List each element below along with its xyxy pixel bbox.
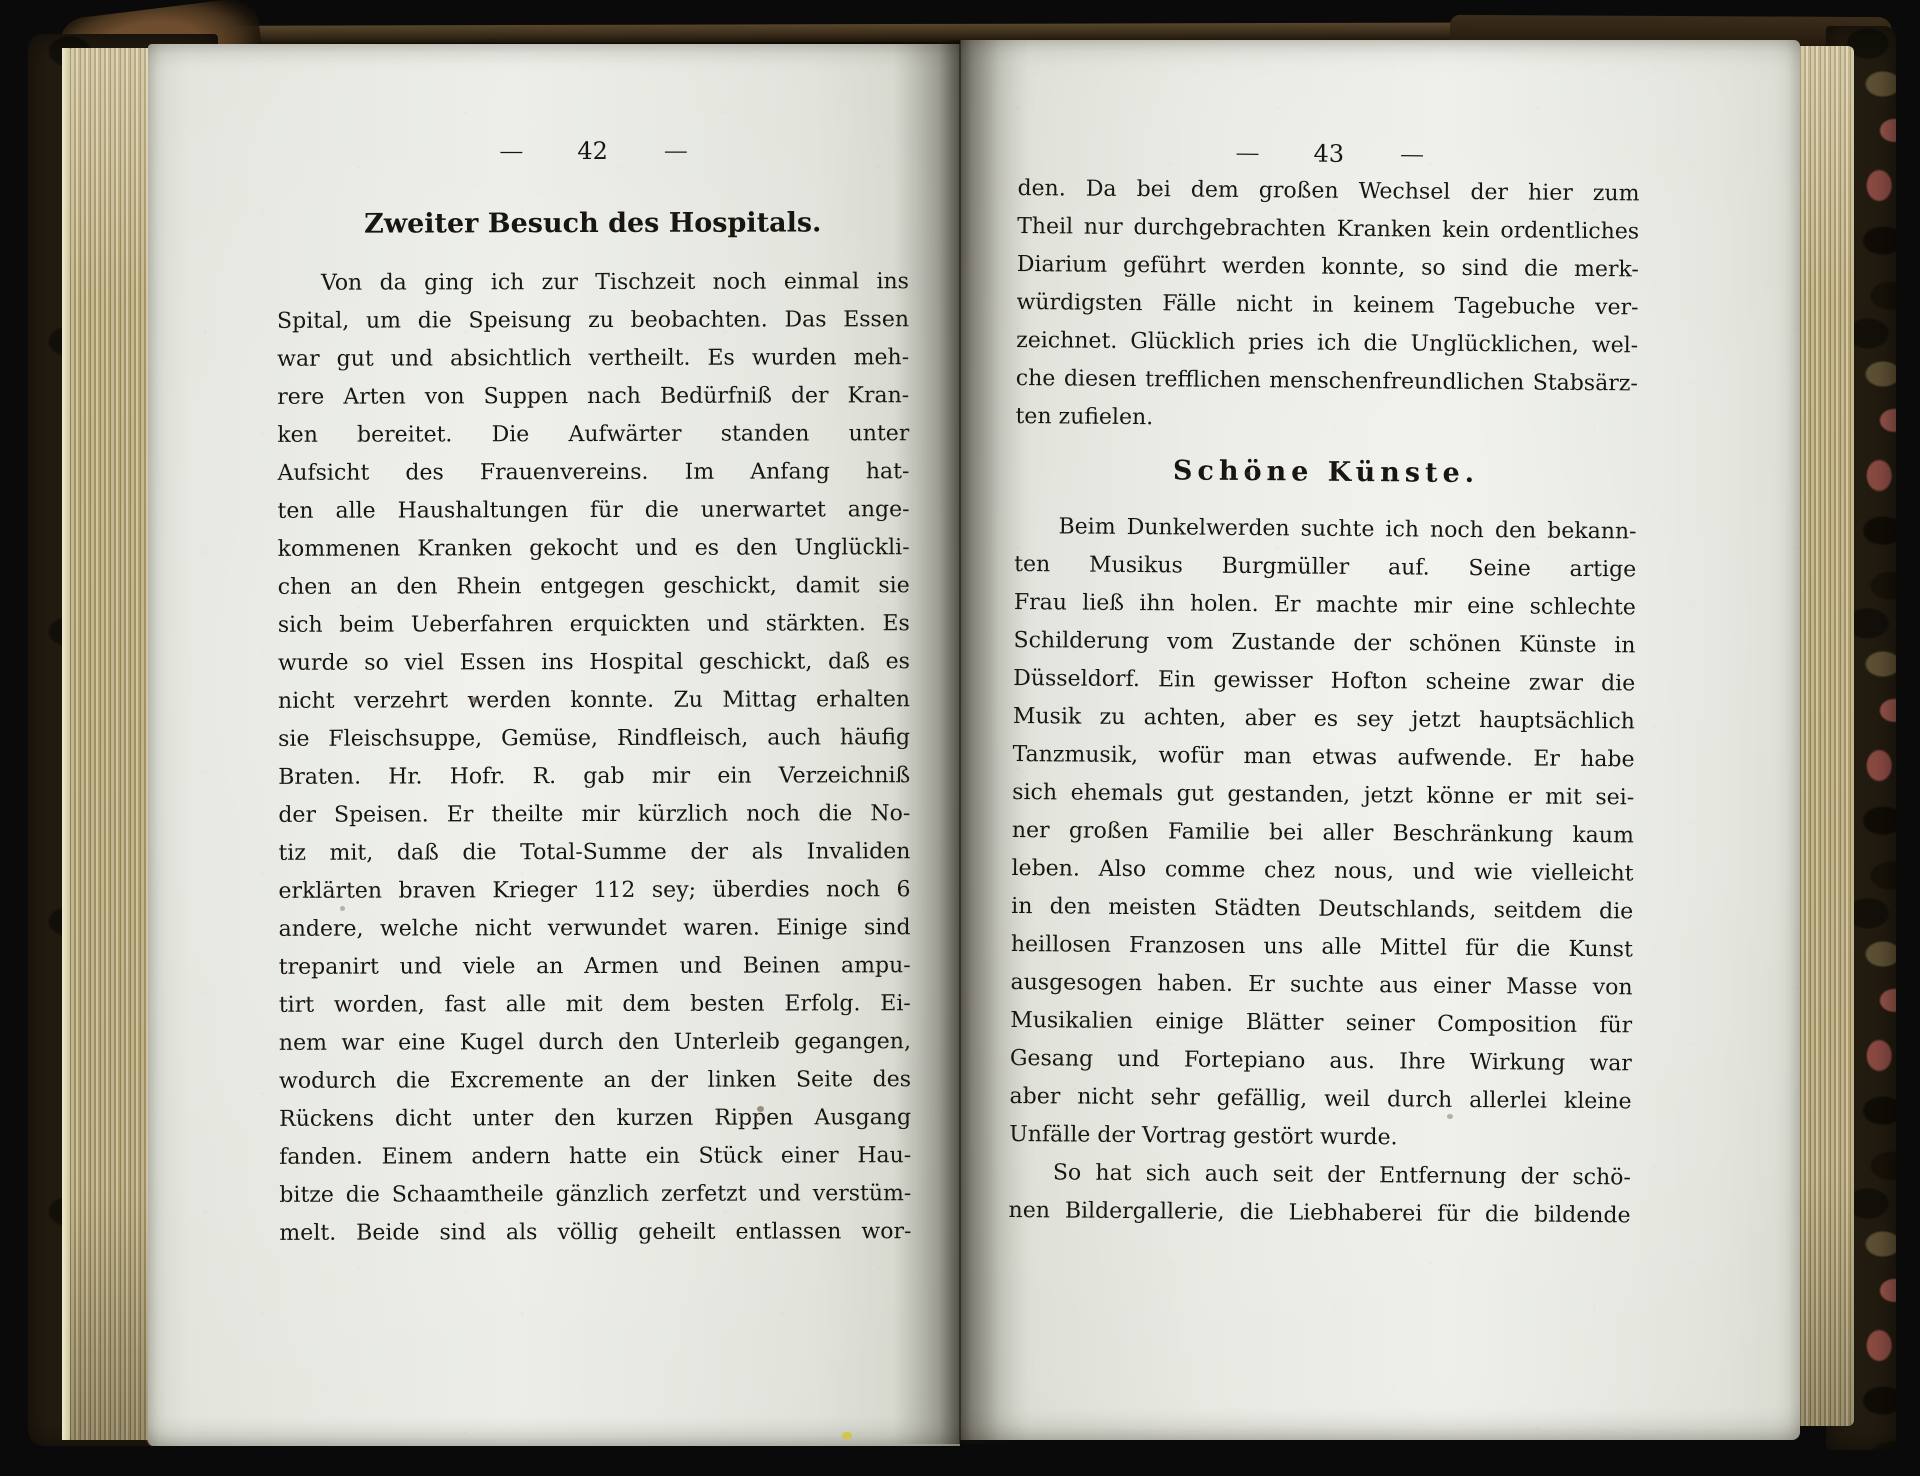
text-line: Musikalien einige Blätter seiner Composi… — [1010, 1002, 1632, 1045]
text-line: Gesang und Fortepiano aus. Ihre Wirkung … — [1010, 1040, 1632, 1083]
page-43-text: — 43 — den. Da bei dem großen Wechsel de… — [1008, 132, 1640, 1235]
text-line: ausgesogen haben. Er suchte aus einer Ma… — [1010, 964, 1632, 1007]
page-43-body: den. Da bei dem großen Wechsel der hier … — [1008, 170, 1639, 1235]
text-line: ken bereitet. Die Aufwärter standen unte… — [277, 415, 909, 455]
page-stack-fore-edge-left — [66, 48, 154, 1440]
text-line: che diesen trefflichen menschenfreundlic… — [1016, 360, 1638, 403]
text-line: würdigsten Fälle nicht in keinem Tagebuc… — [1016, 284, 1638, 327]
header-dash-left: — — [1235, 142, 1257, 165]
page-43-header: — 43 — — [1018, 132, 1640, 175]
text-line: Schilderung vom Zustande der schönen Kün… — [1013, 622, 1635, 665]
text-line: ner großen Familie bei aller Beschränkun… — [1012, 812, 1634, 855]
text-line: rere Arten von Suppen nach Bedürfniß der… — [277, 377, 909, 417]
text-line: wurde so viel Essen ins Hospital geschic… — [278, 643, 910, 683]
text-line: ten alle Haushaltungen für die unerwarte… — [277, 491, 909, 531]
text-line: leben. Also comme chez nous, und wie vie… — [1011, 850, 1633, 893]
text-line: nicht verzehrt werden konnte. Zu Mittag … — [278, 681, 910, 721]
text-line: tiz mit, daß die Total-Summe der als Inv… — [278, 833, 910, 873]
text-line: der Speisen. Er theilte mir kürzlich noc… — [278, 795, 910, 835]
text-line: melt. Beide sind als völlig geheilt entl… — [279, 1213, 911, 1253]
text-line: erklärten braven Krieger 112 sey; überdi… — [278, 871, 910, 911]
text-line: Unfälle der Vortrag gestört wurde. — [1009, 1116, 1631, 1159]
text-line: chen an den Rhein entgegen geschickt, da… — [278, 567, 910, 607]
text-line: heillosen Franzosen uns alle Mittel für … — [1011, 926, 1633, 969]
text-line: Theil nur durchgebrachten Kranken kein o… — [1017, 208, 1639, 251]
text-line: Von da ging ich zur Tischzeit noch einma… — [277, 263, 909, 303]
photo-background: — 42 — Zweiter Besuch des Hospitals. Von… — [0, 0, 1920, 1476]
page-42: — 42 — Zweiter Besuch des Hospitals. Von… — [148, 44, 960, 1446]
text-line: Frau ließ ihn holen. Er machte mir eine … — [1014, 584, 1636, 627]
text-line: den. Da bei dem großen Wechsel der hier … — [1017, 170, 1639, 213]
text-line: war gut und absichtlich vertheilt. Es wu… — [277, 339, 909, 379]
text-line: fanden. Einem andern hatte ein Stück ein… — [279, 1137, 911, 1177]
text-line: Braten. Hr. Hofr. R. gab mir ein Verzeic… — [278, 757, 910, 797]
text-line: nen Bildergallerie, die Liebhaberei für … — [1008, 1192, 1630, 1235]
page-42-body: Von da ging ich zur Tischzeit noch einma… — [277, 263, 912, 1253]
text-line: ten zufielen. — [1015, 398, 1637, 441]
text-line: sich beim Ueberfahren erquickten und stä… — [278, 605, 910, 645]
text-line: trepanirt und viele an Armen und Beinen … — [279, 947, 911, 987]
text-line: Spital, um die Speisung zu beobachten. D… — [277, 301, 909, 341]
text-line: Diarium geführt werden konnte, so sind d… — [1017, 246, 1639, 289]
chapter-heading-hospital: Zweiter Besuch des Hospitals. — [277, 201, 909, 247]
page-number-43: 43 — [1313, 140, 1344, 168]
text-line: Rückens dicht unter den kurzen Rippen Au… — [279, 1099, 911, 1139]
text-line: bitze die Schaamtheile gänzlich zerfetzt… — [279, 1175, 911, 1215]
header-dash-left: — — [499, 140, 521, 162]
page-42-header: — 42 — — [277, 131, 909, 171]
text-line: ten Musikus Burgmüller auf. Seine artige — [1014, 546, 1636, 589]
text-line: nem war eine Kugel durch den Unterleib g… — [279, 1023, 911, 1063]
text-line: Tanzmusik, wofür man etwas aufwende. Er … — [1012, 736, 1634, 779]
text-line: Düsseldorf. Ein gewisser Hofton scheine … — [1013, 660, 1635, 703]
text-line: sie Fleischsuppe, Gemüse, Rindfleisch, a… — [278, 719, 910, 759]
text-line: in den meisten Städten Deutschlands, sei… — [1011, 888, 1633, 931]
text-line: wodurch die Excremente an der linken Sei… — [279, 1061, 911, 1101]
text-line: aber nicht sehr gefällig, weil durch all… — [1009, 1078, 1631, 1121]
text-line: Aufsicht des Frauenvereins. Im Anfang ha… — [277, 453, 909, 493]
header-dash-right: — — [1400, 143, 1422, 166]
text-line: sich ehemals gut gestanden, jetzt könne … — [1012, 774, 1634, 817]
text-line: kommenen Kranken gekocht und es den Ungl… — [278, 529, 910, 569]
section-heading: Schöne Künste. — [1015, 448, 1637, 497]
header-dash-right: — — [664, 140, 686, 162]
page-42-text: — 42 — Zweiter Besuch des Hospitals. Von… — [277, 131, 912, 1253]
text-line: andere, welche nicht verwundet waren. Ei… — [279, 909, 911, 949]
page-43: — 43 — den. Da bei dem großen Wechsel de… — [960, 40, 1800, 1440]
page-stack-fore-edge-right — [1796, 46, 1854, 1426]
page-number-42: 42 — [577, 137, 608, 165]
text-line: So hat sich auch seit der Entfernung der… — [1009, 1154, 1631, 1197]
text-line: Musik zu achten, aber es sey jetzt haupt… — [1013, 698, 1635, 741]
text-line: tirt worden, fast alle mit dem besten Er… — [279, 985, 911, 1025]
text-line: zeichnet. Glücklich pries ich die Unglüc… — [1016, 322, 1638, 365]
text-line: Beim Dunkelwerden suchte ich noch den be… — [1014, 508, 1636, 551]
